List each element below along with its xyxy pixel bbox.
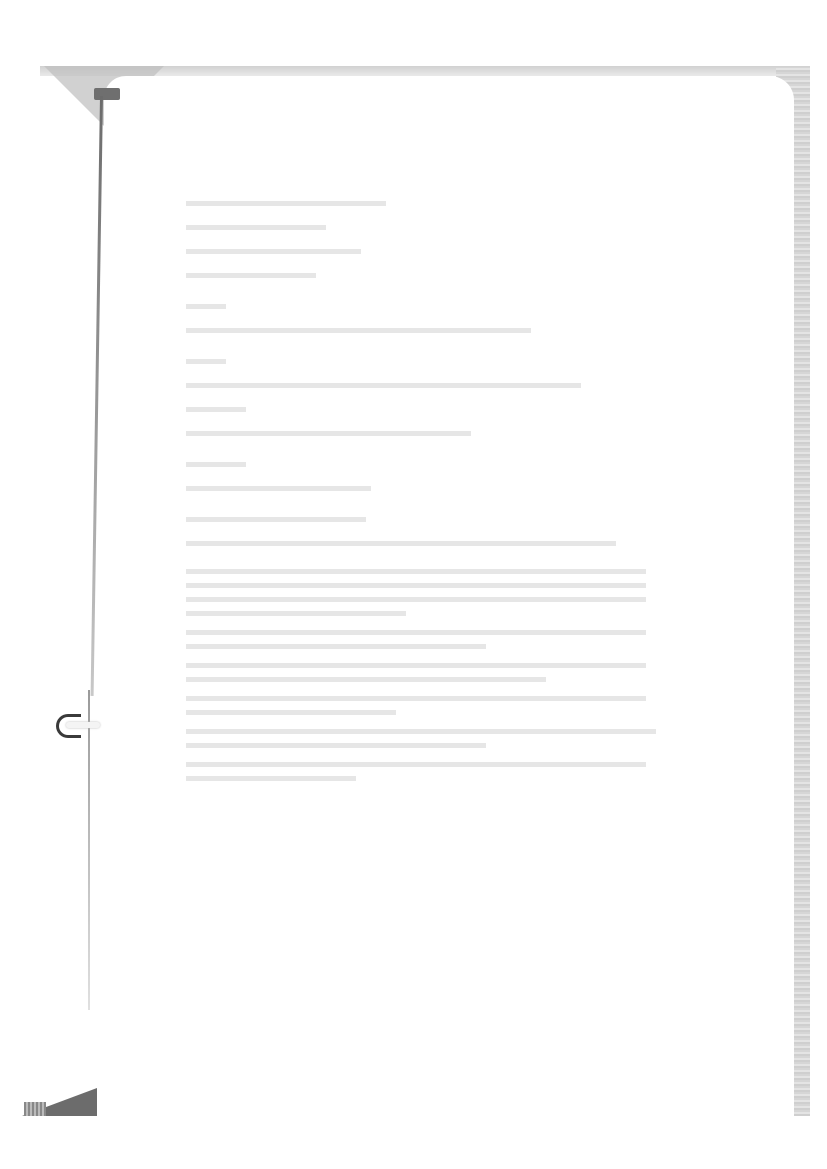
field-label [186,301,666,312]
field-value [186,428,666,439]
paragraph [186,630,666,649]
field-block [186,301,666,336]
binder-spine [91,96,103,696]
field-block [186,356,666,391]
paragraph [186,762,666,781]
header-line [186,222,666,233]
field-label [186,356,666,367]
binder-clip-icon [94,88,120,100]
field-block [186,459,666,494]
field-value [186,325,666,336]
paragraph [186,663,666,682]
header-line [186,270,666,281]
field-block [186,404,666,439]
paragraph [186,696,666,715]
field-label [186,404,666,415]
field-value [186,483,666,494]
document-body [186,198,666,795]
paragraph [186,569,666,616]
binder-ring-bar [66,722,100,728]
binder-spine-lower [88,690,90,1010]
field-label [186,459,666,470]
header-line [186,198,666,209]
binder-corner [24,1102,46,1116]
field-value [186,380,666,391]
intro-line [186,514,666,525]
header-block [186,198,666,281]
intro-line [186,538,666,549]
header-line [186,246,666,257]
paragraph [186,729,666,748]
